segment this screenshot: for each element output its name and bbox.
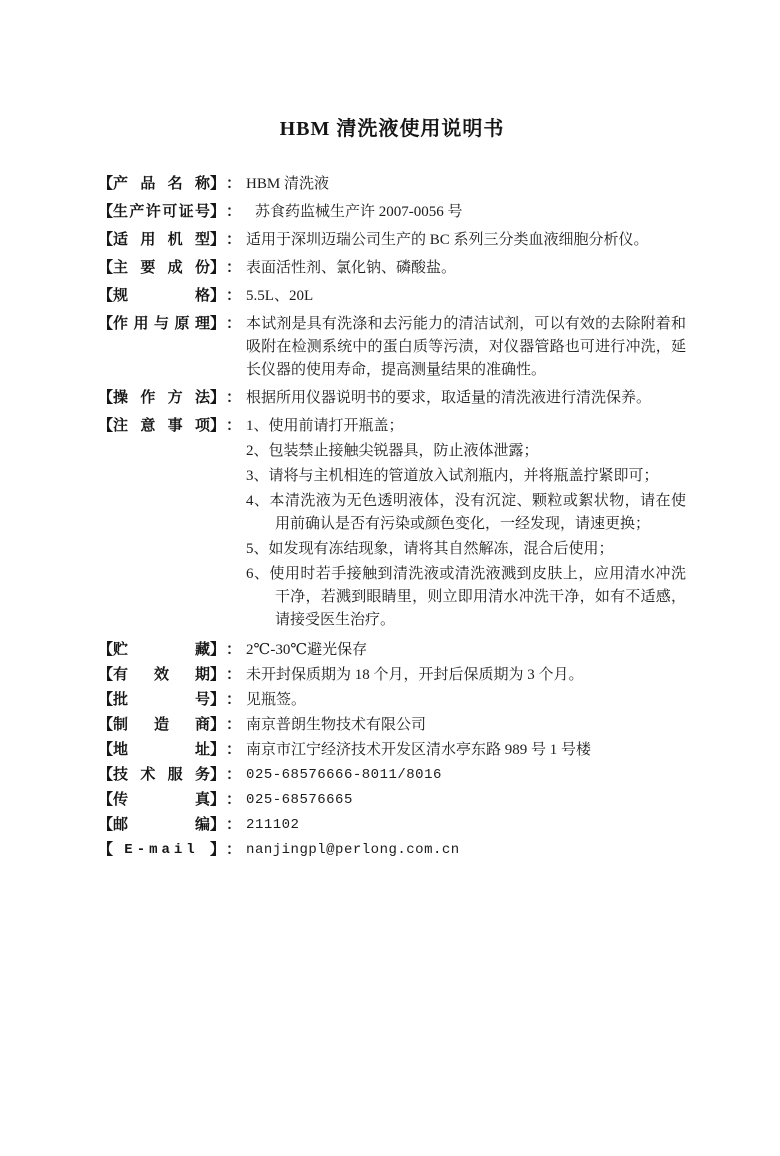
field-value: 本试剂是具有洗涤和去污能力的清洁试剂，可以有效的去除附着和吸附在检测系统中的蛋白… bbox=[246, 313, 686, 382]
precaution-item: 4、本清洗液为无色透明液体，没有沉淀、颗粒或絮状物，请在使用前确认是否有污染或颜… bbox=[246, 490, 686, 536]
field-label: 【E-mail】 bbox=[98, 839, 225, 862]
bracket-close: 】 bbox=[210, 176, 225, 192]
bracket-open: 【 bbox=[98, 316, 113, 332]
field-value: HBM 清洗液 bbox=[246, 173, 686, 196]
colon: ： bbox=[226, 201, 241, 224]
field-label: 【贮藏】 bbox=[98, 639, 225, 662]
field-label: 【制造商】 bbox=[98, 714, 225, 737]
bracket-open: 【 bbox=[98, 232, 113, 248]
colon: ： bbox=[226, 689, 241, 712]
bracket-close: 】 bbox=[210, 742, 225, 758]
field-row-specification: 【规格】 ： 5.5L、20L bbox=[98, 285, 686, 308]
field-label: 【地址】 bbox=[98, 739, 225, 762]
precautions-list: 1、使用前请打开瓶盖； 2、包装禁止接触尖锐器具，防止液体泄露； 3、请将与主机… bbox=[246, 415, 686, 632]
field-value: nanjingpl@perlong.com.cn bbox=[246, 839, 686, 862]
field-value: 见瓶签。 bbox=[246, 689, 686, 712]
field-value: 211102 bbox=[246, 814, 686, 837]
field-row-main-ingredients: 【主要成份】 ： 表面活性剂、氯化钠、磷酸盐。 bbox=[98, 257, 686, 280]
colon: ： bbox=[226, 285, 241, 308]
field-label-text: 作用与原理 bbox=[113, 313, 210, 336]
field-label: 【技术服务】 bbox=[98, 764, 225, 787]
precaution-item: 3、请将与主机相连的管道放入试剂瓶内，并将瓶盖拧紧即可； bbox=[246, 465, 686, 488]
field-value: 025-68576666-8011/8016 bbox=[246, 764, 686, 787]
field-value: 2℃-30℃避光保存 bbox=[246, 639, 686, 662]
field-label: 【作用与原理】 bbox=[98, 313, 225, 336]
bracket-close: 】 bbox=[210, 204, 225, 220]
document-title: HBM 清洗液使用说明书 bbox=[98, 112, 686, 141]
field-row-address: 【地址】 ： 南京市江宁经济技术开发区清水亭东路 989 号 1 号楼 bbox=[98, 739, 686, 762]
field-row-storage: 【贮藏】 ： 2℃-30℃避光保存 bbox=[98, 639, 686, 662]
field-label: 【规格】 bbox=[98, 285, 225, 308]
field-label-text: 生产许可证号 bbox=[113, 201, 210, 224]
field-label: 【批号】 bbox=[98, 689, 225, 712]
colon: ： bbox=[226, 814, 241, 837]
field-label-text: 产品名称 bbox=[113, 173, 210, 196]
precaution-item: 5、如发现有冻结现象，请将其自然解冻，混合后使用； bbox=[246, 538, 686, 561]
field-label: 【邮编】 bbox=[98, 814, 225, 837]
bracket-open: 【 bbox=[98, 717, 113, 733]
colon: ： bbox=[226, 714, 241, 737]
bracket-close: 】 bbox=[210, 260, 225, 276]
bracket-close: 】 bbox=[210, 316, 225, 332]
field-row-technical-service: 【技术服务】 ： 025-68576666-8011/8016 bbox=[98, 764, 686, 787]
instruction-document-page: HBM 清洗液使用说明书 【产品名称】 ： HBM 清洗液 【生产许可证号】 ：… bbox=[0, 0, 780, 1156]
bracket-open: 【 bbox=[98, 288, 113, 304]
field-label-text: E-mail bbox=[113, 839, 210, 862]
field-label-text: 注意事项 bbox=[113, 415, 210, 438]
bracket-open: 【 bbox=[98, 817, 113, 833]
bracket-open: 【 bbox=[98, 204, 113, 220]
field-label-text: 批号 bbox=[113, 689, 210, 712]
precaution-item: 2、包装禁止接触尖锐器具，防止液体泄露； bbox=[246, 440, 686, 463]
bracket-close: 】 bbox=[210, 792, 225, 808]
field-row-shelf-life: 【有效期】 ： 未开封保质期为 18 个月，开封后保质期为 3 个月。 bbox=[98, 664, 686, 687]
colon: ： bbox=[226, 639, 241, 662]
colon: ： bbox=[226, 257, 241, 280]
colon: ： bbox=[226, 173, 241, 196]
bracket-close: 】 bbox=[210, 717, 225, 733]
field-value: 根据所用仪器说明书的要求，取适量的清洗液进行清洗保养。 bbox=[246, 387, 686, 410]
bracket-open: 【 bbox=[98, 418, 113, 434]
colon: ： bbox=[226, 415, 241, 438]
field-label-text: 制造商 bbox=[113, 714, 210, 737]
field-row-applicable-models: 【适用机型】 ： 适用于深圳迈瑞公司生产的 BC 系列三分类血液细胞分析仪。 bbox=[98, 229, 686, 252]
bracket-close: 】 bbox=[210, 232, 225, 248]
precaution-item: 6、使用时若手接触到清洗液或清洗液溅到皮肤上，应用清水冲洗干净，若溅到眼睛里，则… bbox=[246, 563, 686, 632]
field-label-text: 主要成份 bbox=[113, 257, 210, 280]
bracket-close: 】 bbox=[210, 390, 225, 406]
bracket-close: 】 bbox=[210, 767, 225, 783]
bracket-open: 【 bbox=[98, 260, 113, 276]
bracket-open: 【 bbox=[98, 667, 113, 683]
field-label-text: 地址 bbox=[113, 739, 210, 762]
bracket-open: 【 bbox=[98, 642, 113, 658]
colon: ： bbox=[226, 789, 241, 812]
bracket-open: 【 bbox=[98, 176, 113, 192]
colon: ： bbox=[226, 313, 241, 336]
colon: ： bbox=[226, 387, 241, 410]
field-label-text: 适用机型 bbox=[113, 229, 210, 252]
colon: ： bbox=[226, 739, 241, 762]
field-row-operation-method: 【操作方法】 ： 根据所用仪器说明书的要求，取适量的清洗液进行清洗保养。 bbox=[98, 387, 686, 410]
field-row-email: 【E-mail】 ： nanjingpl@perlong.com.cn bbox=[98, 839, 686, 862]
colon: ： bbox=[226, 839, 241, 862]
field-label: 【主要成份】 bbox=[98, 257, 225, 280]
bracket-close: 】 bbox=[210, 418, 225, 434]
bracket-close: 】 bbox=[210, 667, 225, 683]
field-value: 025-68576665 bbox=[246, 789, 686, 812]
bracket-open: 【 bbox=[98, 390, 113, 406]
field-label-text: 有效期 bbox=[113, 664, 210, 687]
field-label: 【适用机型】 bbox=[98, 229, 225, 252]
field-label: 【有效期】 bbox=[98, 664, 225, 687]
field-label: 【注意事项】 bbox=[98, 415, 225, 438]
bracket-close: 】 bbox=[210, 817, 225, 833]
field-label-text: 传真 bbox=[113, 789, 210, 812]
field-row-batch-number: 【批号】 ： 见瓶签。 bbox=[98, 689, 686, 712]
field-row-license-number: 【生产许可证号】 ： 苏食药监械生产许 2007-0056 号 bbox=[98, 201, 686, 224]
field-row-fax: 【传真】 ： 025-68576665 bbox=[98, 789, 686, 812]
field-value: 苏食药监械生产许 2007-0056 号 bbox=[246, 201, 686, 224]
precaution-item: 1、使用前请打开瓶盖； bbox=[246, 415, 686, 438]
field-label: 【操作方法】 bbox=[98, 387, 225, 410]
field-row-function-principle: 【作用与原理】 ： 本试剂是具有洗涤和去污能力的清洁试剂，可以有效的去除附着和吸… bbox=[98, 313, 686, 382]
field-row-manufacturer: 【制造商】 ： 南京普朗生物技术有限公司 bbox=[98, 714, 686, 737]
colon: ： bbox=[226, 229, 241, 252]
field-label-text: 操作方法 bbox=[113, 387, 210, 410]
bracket-open: 【 bbox=[98, 767, 113, 783]
field-value: 表面活性剂、氯化钠、磷酸盐。 bbox=[246, 257, 686, 280]
field-value: 未开封保质期为 18 个月，开封后保质期为 3 个月。 bbox=[246, 664, 686, 687]
field-row-product-name: 【产品名称】 ： HBM 清洗液 bbox=[98, 173, 686, 196]
bracket-close: 】 bbox=[210, 288, 225, 304]
field-label-text: 规格 bbox=[113, 285, 210, 308]
field-row-postal-code: 【邮编】 ： 211102 bbox=[98, 814, 686, 837]
field-label: 【传真】 bbox=[98, 789, 225, 812]
field-label-text: 贮藏 bbox=[113, 639, 210, 662]
field-label: 【产品名称】 bbox=[98, 173, 225, 196]
field-row-precautions: 【注意事项】 ： 1、使用前请打开瓶盖； 2、包装禁止接触尖锐器具，防止液体泄露… bbox=[98, 415, 686, 632]
field-label-text: 邮编 bbox=[113, 814, 210, 837]
field-value: 5.5L、20L bbox=[246, 285, 686, 308]
field-label-text: 技术服务 bbox=[113, 764, 210, 787]
bracket-open: 【 bbox=[98, 742, 113, 758]
field-value: 南京市江宁经济技术开发区清水亭东路 989 号 1 号楼 bbox=[246, 739, 686, 762]
bracket-open: 【 bbox=[98, 692, 113, 708]
bracket-close: 】 bbox=[210, 842, 225, 858]
colon: ： bbox=[226, 764, 241, 787]
field-value: 南京普朗生物技术有限公司 bbox=[246, 714, 686, 737]
bracket-open: 【 bbox=[98, 842, 113, 858]
colon: ： bbox=[226, 664, 241, 687]
field-label: 【生产许可证号】 bbox=[98, 201, 225, 224]
bracket-close: 】 bbox=[210, 642, 225, 658]
field-value: 适用于深圳迈瑞公司生产的 BC 系列三分类血液细胞分析仪。 bbox=[246, 229, 686, 252]
bracket-close: 】 bbox=[210, 692, 225, 708]
bracket-open: 【 bbox=[98, 792, 113, 808]
